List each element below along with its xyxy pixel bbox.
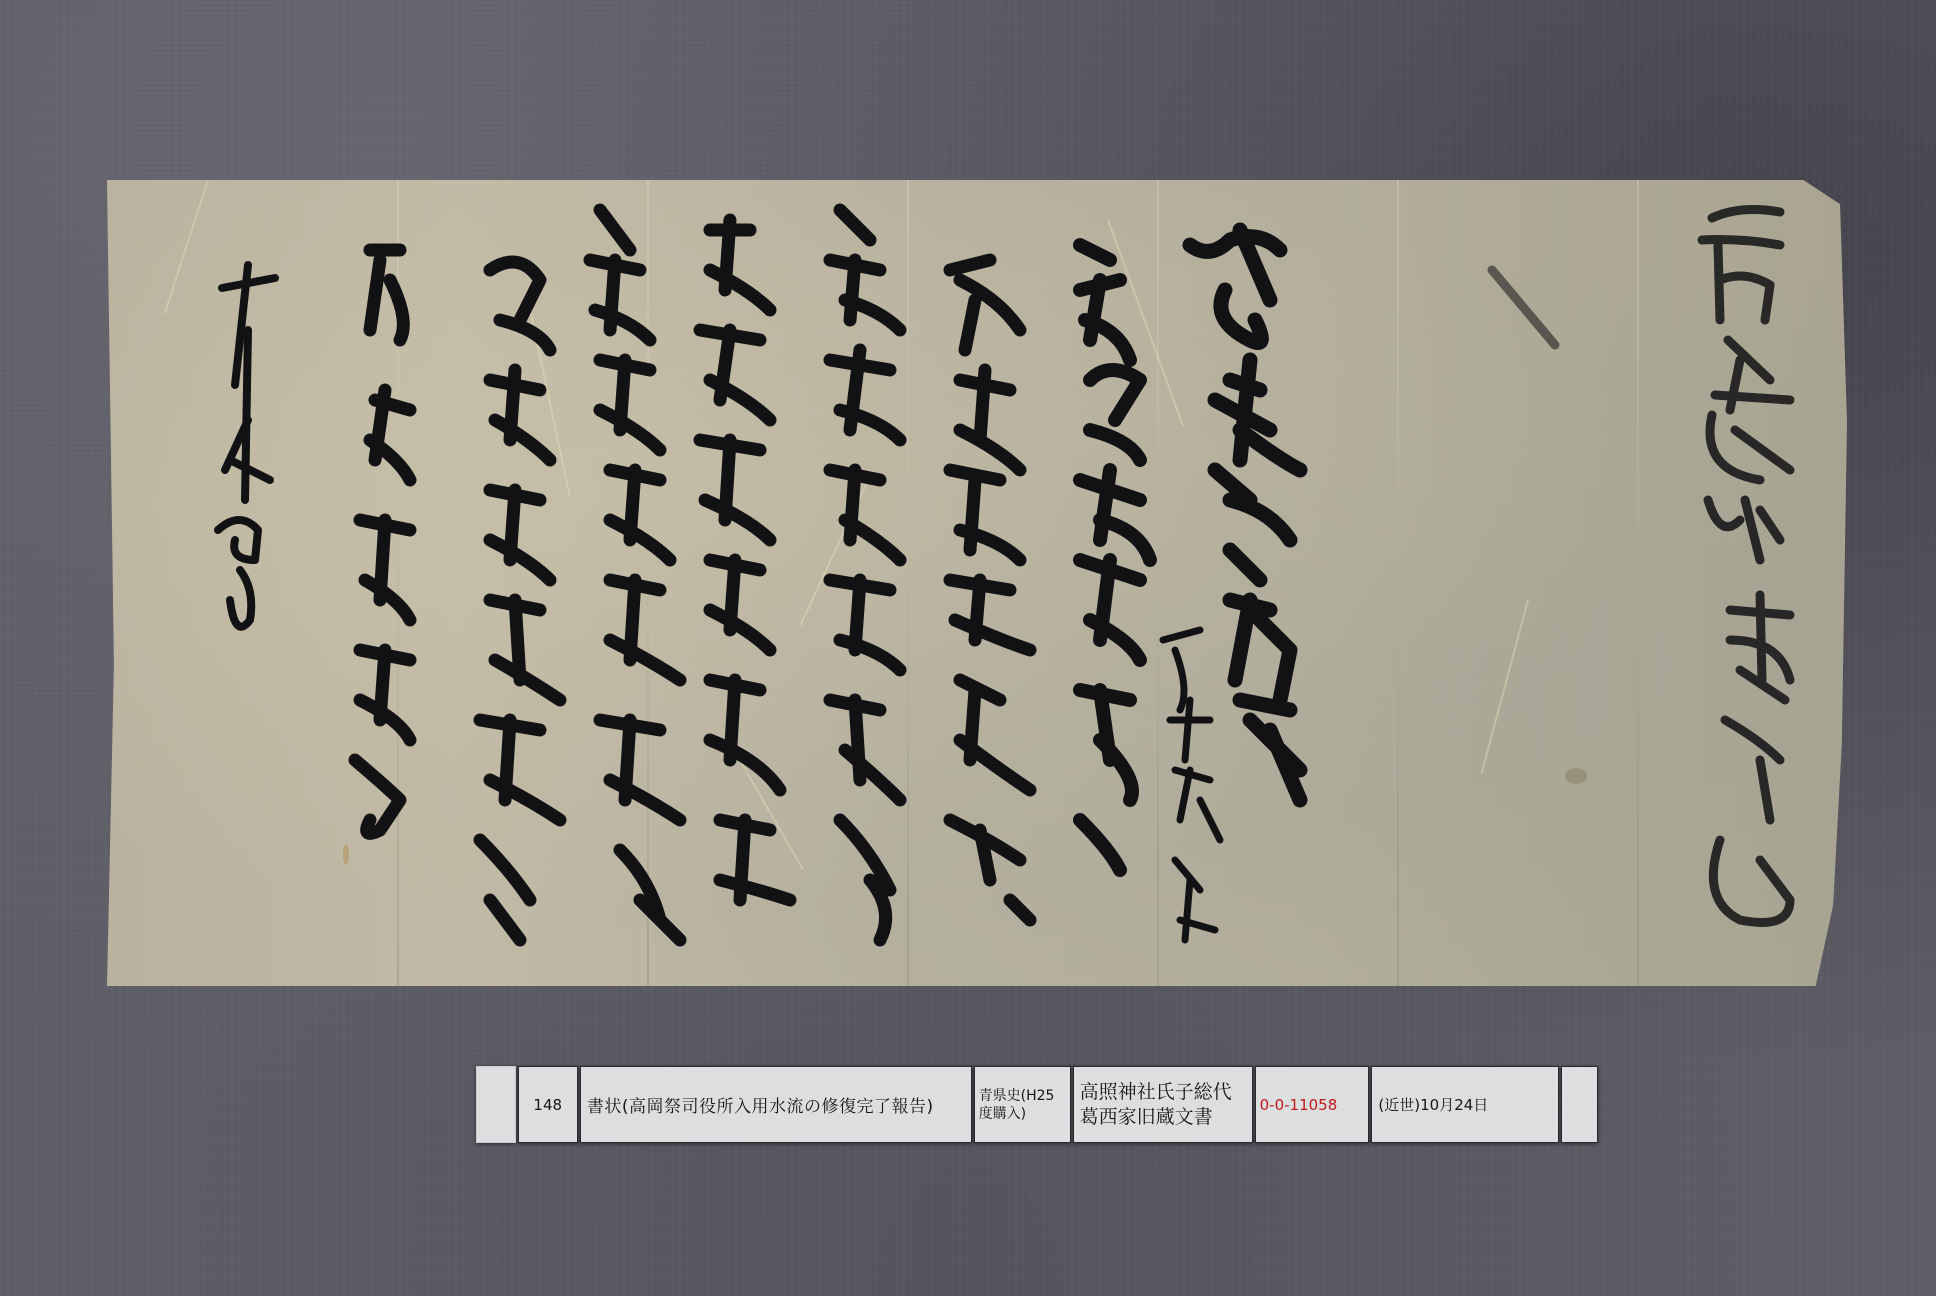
paper-fold-line (397, 180, 399, 986)
label-item-number: 148 (518, 1066, 578, 1143)
paper-fiber (799, 480, 868, 626)
label-blank-cell-left (476, 1066, 516, 1143)
paper-fiber (1480, 600, 1529, 774)
paper-fiber (527, 300, 571, 496)
paper-fold-line (907, 180, 909, 986)
label-blank-cell-right (1561, 1066, 1598, 1143)
label-document-date: (近世)10月24日 (1371, 1066, 1559, 1143)
label-document-title: 書状(高岡祭司役所入用水流の修復完了報告) (580, 1066, 972, 1143)
catalog-label: 148 書状(高岡祭司役所入用水流の修復完了報告) 青県史(H25 度購入) 高… (476, 1066, 1598, 1143)
label-acquisition-source: 青県史(H25 度購入) (974, 1066, 1071, 1143)
paper-stain (343, 845, 349, 865)
label-catalog-code: 0-0-11058 (1255, 1066, 1370, 1143)
label-source-line-2: 度購入) (979, 1105, 1026, 1123)
paper-fold-line (1637, 180, 1639, 986)
paper-fiber (727, 739, 804, 870)
paper-fiber (164, 180, 209, 314)
paper-fold-line (1157, 180, 1159, 986)
label-collection-line-1: 高照神社氏子総代 (1080, 1080, 1232, 1105)
handwritten-document (107, 180, 1847, 986)
label-source-line-1: 青県史(H25 (979, 1087, 1055, 1105)
paper-fold-line (647, 180, 649, 986)
paper-stain (1565, 768, 1587, 784)
label-collection-line-2: 葛西家旧蔵文書 (1080, 1105, 1213, 1130)
paper-fold-line (1397, 180, 1399, 986)
label-collection-name: 高照神社氏子総代 葛西家旧蔵文書 (1073, 1066, 1253, 1143)
paper-fiber (1107, 219, 1184, 426)
